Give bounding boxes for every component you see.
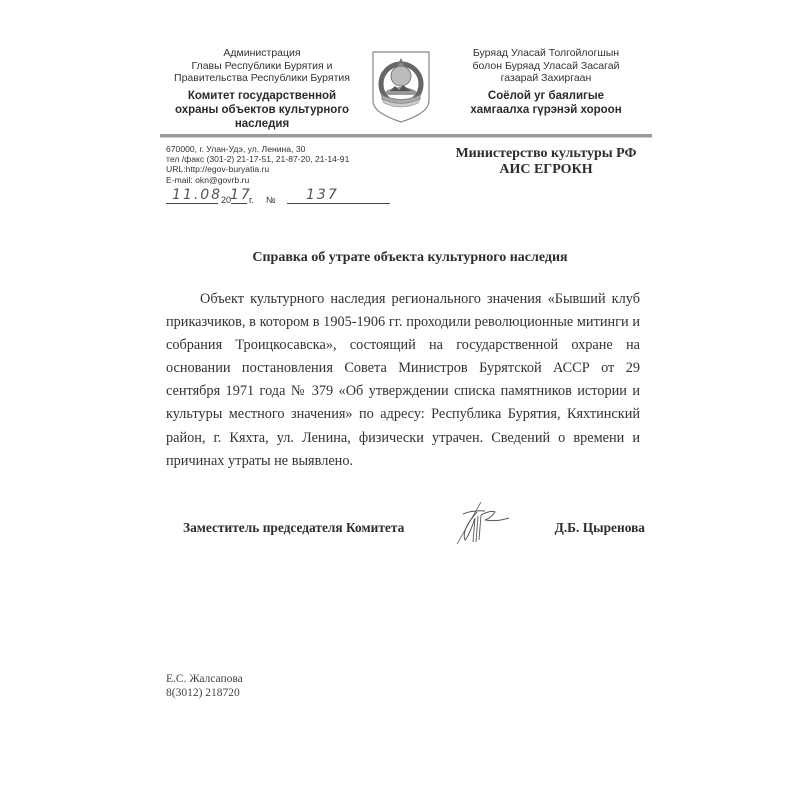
registration-number: 137	[306, 187, 339, 203]
executor-phone: 8(3012) 218720	[166, 687, 366, 701]
header-left-organization: Администрация Главы Республики Бурятия и…	[164, 47, 360, 131]
signature-row: Заместитель председателя Комитета Д.Б. Ц…	[183, 516, 645, 546]
number-label: №	[266, 195, 276, 205]
contact-email: E-mail: okn@govrb.ru	[166, 175, 406, 185]
committee-buryat-line-1: Соёлой уг баялигые	[448, 89, 644, 103]
signatory-position: Заместитель председателя Комитета	[183, 520, 404, 536]
contact-address: 670000, г. Улан-Удэ, ул. Ленина, 30	[166, 144, 406, 154]
committee-name-buryat: Соёлой уг баялигые хамгаалха гүрэнэй хор…	[448, 89, 644, 117]
org-buryat-line-2: болон Буряад Уласай Засагай	[448, 60, 644, 73]
document-title: Справка об утрате объекта культурного на…	[160, 250, 660, 266]
registration-line: 11.08 20 17 г. № 137	[166, 188, 396, 206]
contact-block: 670000, г. Улан-Удэ, ул. Ленина, 30 тел …	[166, 144, 406, 185]
org-buryat-line-3: газарай Захиргаан	[448, 72, 644, 85]
date-underline	[166, 203, 218, 204]
committee-line-1: Комитет государственной	[164, 89, 360, 103]
executor-block: Е.С. Жалсапова 8(3012) 218720	[166, 673, 366, 700]
org-admin-line-3: Правительства Республики Бурятия	[164, 72, 360, 85]
document-body: Объект культурного наследия региональног…	[166, 288, 640, 473]
recipient-block: Министерство культуры РФ АИС ЕГРОКН	[448, 146, 644, 178]
committee-line-2: охраны объектов культурного	[164, 103, 360, 117]
contact-phone: тел /факс (301-2) 21-17-51, 21-87-20, 21…	[166, 154, 406, 164]
coat-of-arms-icon	[370, 49, 432, 125]
year-underline	[231, 203, 247, 204]
number-underline	[287, 203, 390, 204]
org-buryat-line-1: Буряад Уласай Толгойлогшын	[448, 47, 644, 60]
recipient-line-1: Министерство культуры РФ	[448, 146, 644, 162]
year-label: г.	[249, 195, 254, 205]
registration-date: 11.08	[172, 187, 222, 203]
org-admin-line-1: Администрация	[164, 47, 360, 60]
committee-buryat-line-2: хамгаалха гүрэнэй хороон	[448, 103, 644, 117]
signatory-name: Д.Б. Цыренова	[555, 520, 645, 536]
handwritten-signature-icon	[451, 496, 533, 546]
org-admin-line-2: Главы Республики Бурятия и	[164, 60, 360, 73]
committee-name: Комитет государственной охраны объектов …	[164, 89, 360, 131]
contact-url: URL:http://egov-buryatia.ru	[166, 164, 406, 174]
executor-name: Е.С. Жалсапова	[166, 673, 366, 687]
committee-line-3: наследия	[164, 117, 360, 131]
header-divider	[160, 134, 652, 138]
recipient-line-2: АИС ЕГРОКН	[448, 162, 644, 178]
header-right-organization: Буряад Уласай Толгойлогшын болон Буряад …	[448, 47, 644, 117]
